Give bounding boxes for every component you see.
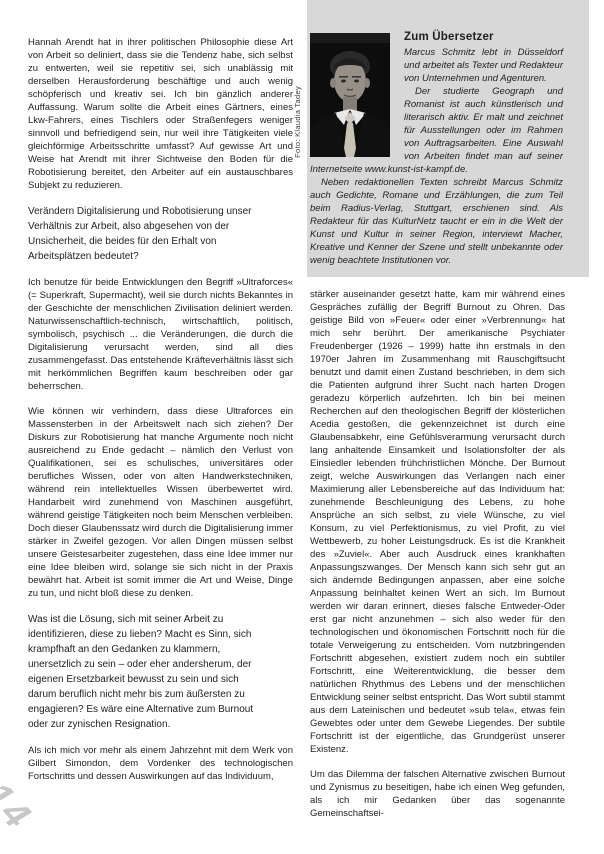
- translator-box-paragraph: Neben redaktionellen Texten schreibt Mar…: [310, 176, 563, 267]
- translator-info-box: Zum Übersetzer Marcus Schmitz lebt in Dü…: [307, 0, 589, 277]
- article-paragraph: Ich benutze für beide Entwicklungen den …: [28, 276, 293, 393]
- article-paragraph: Als ich mich vor mehr als einem Jahrzehn…: [28, 744, 293, 783]
- article-paragraph: Um das Dilemma der falschen Alternative …: [310, 768, 565, 820]
- interview-question: Verändern Digitalisierung und Robotisier…: [28, 204, 268, 264]
- photo-credit: Foto: Klaudia Tadey: [293, 86, 302, 158]
- right-column: stärker auseinander gesetzt hatte, kam m…: [310, 288, 565, 832]
- article-paragraph: Hannah Arendt hat in ihrer politischen P…: [28, 36, 293, 192]
- article-paragraph: Wie können wir verhindern, dass diese Ul…: [28, 405, 293, 600]
- magazine-page: Zum Übersetzer Marcus Schmitz lebt in Dü…: [0, 0, 604, 854]
- portrait-photo: [310, 33, 390, 157]
- left-column: Hannah Arendt hat in ihrer politischen P…: [28, 36, 293, 795]
- article-paragraph: stärker auseinander gesetzt hatte, kam m…: [310, 288, 565, 756]
- interview-question: Was ist die Lösung, sich mit seiner Arbe…: [28, 612, 268, 732]
